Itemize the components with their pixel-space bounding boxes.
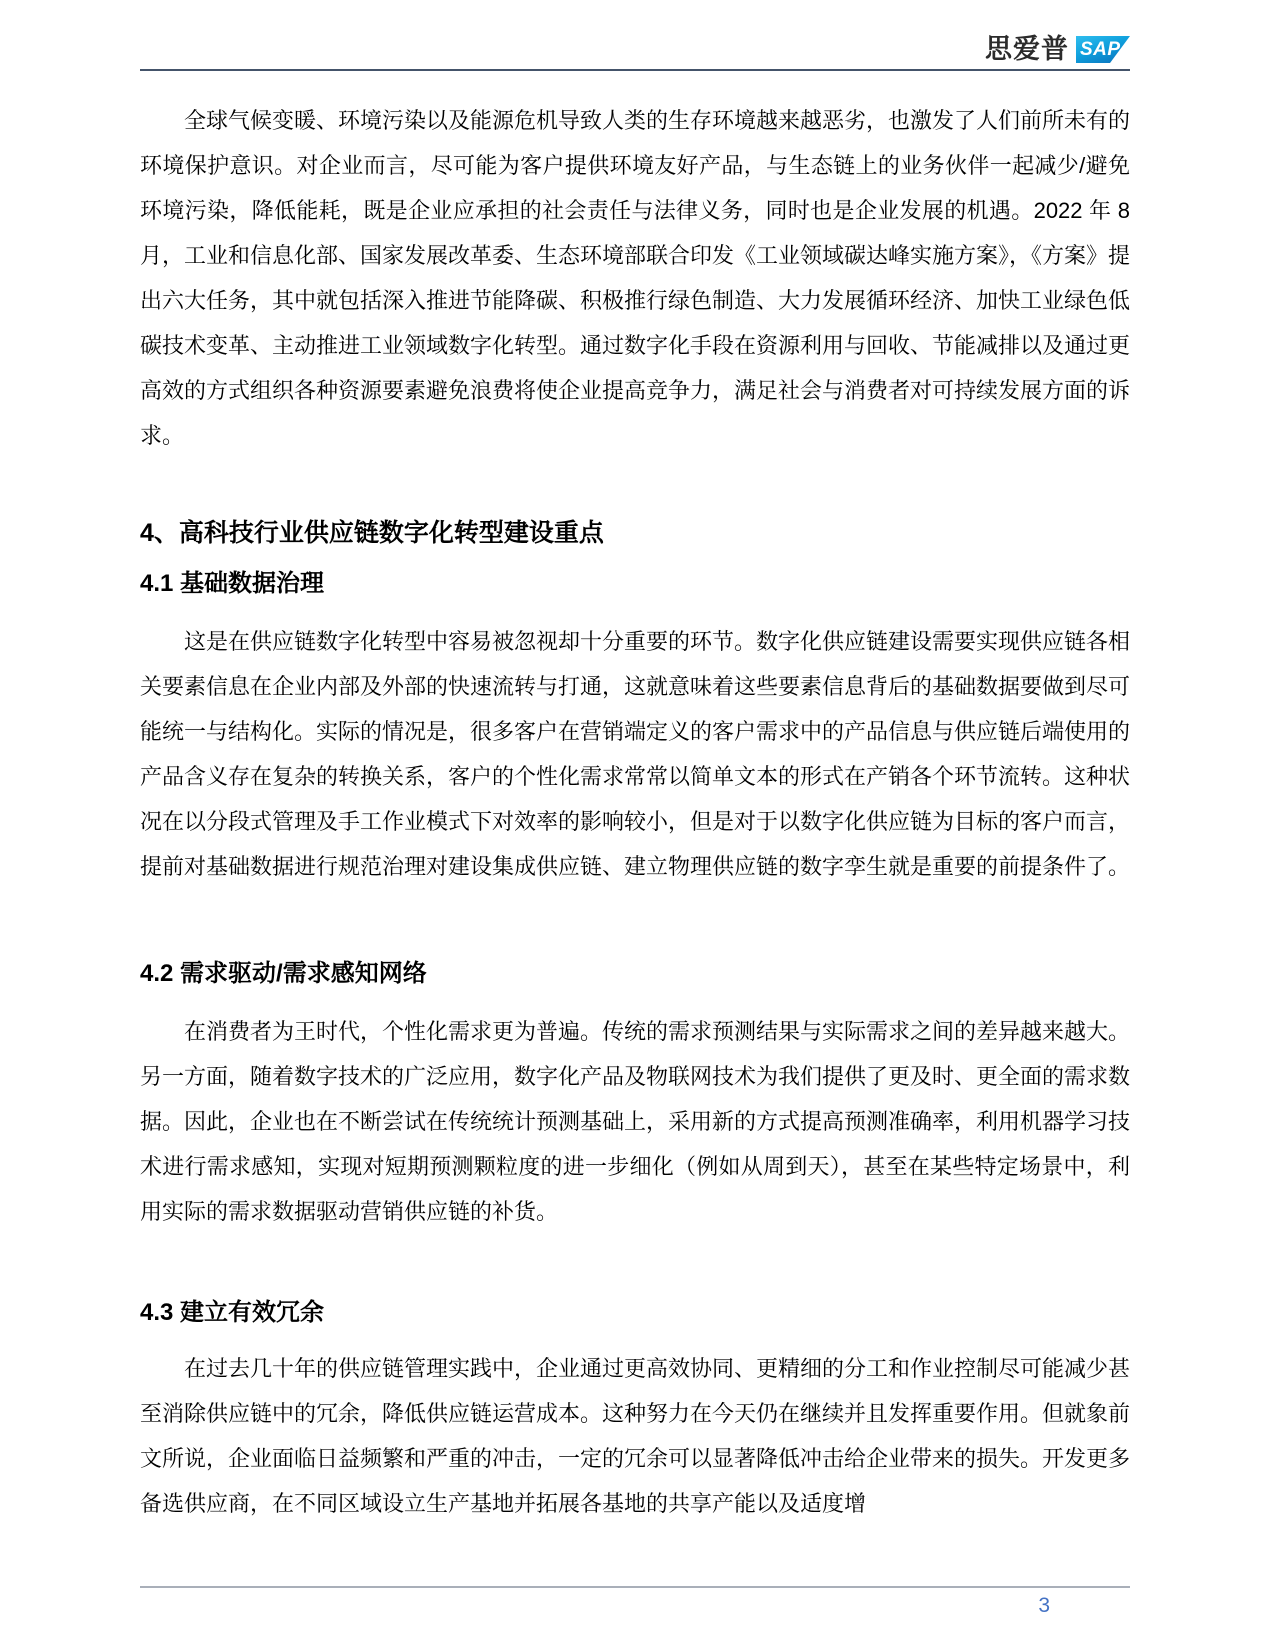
section-paragraph-4-1: 这是在供应链数字化转型中容易被忽视却十分重要的环节。数字化供应链建设需要实现供应… [140,619,1130,889]
section-paragraph-4-2: 在消费者为王时代，个性化需求更为普遍。传统的需求预测结果与实际需求之间的差异越来… [140,1009,1130,1234]
footer-divider [140,1586,1130,1588]
sap-logo-icon: SAP [1076,36,1130,63]
page-number: 3 [140,1593,1130,1619]
page-footer: 3 [140,1586,1130,1619]
brand: 思爱普 SAP [985,36,1130,63]
sap-logo-text: SAP [1076,40,1121,59]
header-divider [140,69,1130,71]
document-content: 全球气候变暖、环境污染以及能源危机导致人类的生存环境越来越恶劣，也激发了人们前所… [140,98,1130,1526]
brand-name-chinese: 思爱普 [985,36,1069,63]
intro-paragraph: 全球气候变暖、环境污染以及能源危机导致人类的生存环境越来越恶劣，也激发了人们前所… [140,98,1130,458]
page-header: 思爱普 SAP [140,0,1130,63]
document-page: 思爱普 SAP 全球气候变暖、环境污染以及能源危机导致人类的生存环境越来越恶劣，… [0,0,1275,1650]
chapter-heading: 4、高科技行业供应链数字化转型建设重点 [140,515,1130,551]
section-heading-4-3: 4.3 建立有效冗余 [140,1296,1130,1330]
section-heading-4-1: 4.1 基础数据治理 [140,567,1130,601]
section-paragraph-4-3: 在过去几十年的供应链管理实践中，企业通过更高效协同、更精细的分工和作业控制尽可能… [140,1346,1130,1526]
section-heading-4-2: 4.2 需求驱动/需求感知网络 [140,957,1130,991]
